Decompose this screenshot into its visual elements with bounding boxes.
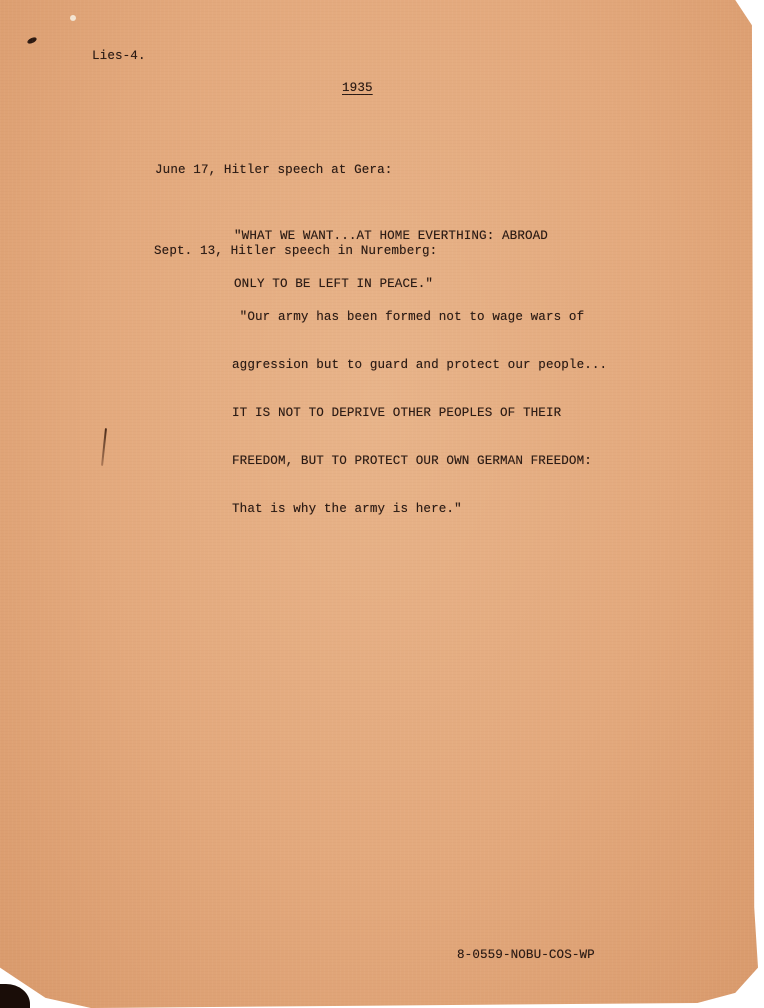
quote-line: That is why the army is here." (232, 501, 607, 517)
quote-line: IT IS NOT TO DEPRIVE OTHER PEOPLES OF TH… (232, 405, 607, 421)
document-code: 8-0559-NOBU-COS-WP (457, 947, 595, 963)
quote-line: FREEDOM, BUT TO PROTECT OUR OWN GERMAN F… (232, 453, 607, 469)
ink-blot (26, 36, 37, 45)
entry-quote: "Our army has been formed not to wage wa… (232, 277, 607, 549)
scan-corner-shadow (0, 984, 30, 1008)
typewritten-page: Lies-4. 1935 June 17, Hitler speech at G… (0, 0, 758, 1008)
quote-line: aggression but to guard and protect our … (232, 357, 607, 373)
entry-heading: June 17, Hitler speech at Gera: (155, 162, 392, 178)
paper-hole-spot (70, 15, 76, 21)
pencil-mark (101, 428, 107, 466)
quote-line: "WHAT WE WANT...AT HOME EVERTHING: ABROA… (234, 228, 548, 244)
entry-heading: Sept. 13, Hitler speech in Nuremberg: (154, 243, 437, 259)
quote-line: "Our army has been formed not to wage wa… (232, 309, 607, 325)
year-heading: 1935 (339, 80, 376, 96)
page-label: Lies-4. (92, 48, 146, 64)
